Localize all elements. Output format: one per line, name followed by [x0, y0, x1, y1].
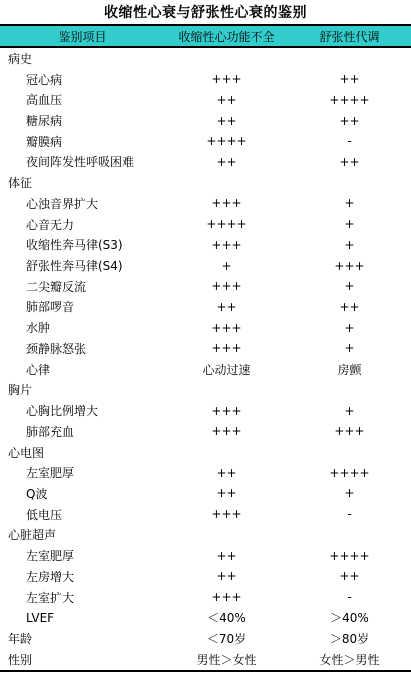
- row-label: 颈静脉怒张: [0, 340, 165, 357]
- table-row: 年龄 ＜70岁 ＞80岁: [0, 628, 411, 649]
- row-label: 高血压: [0, 91, 165, 108]
- row-value-systolic: ++: [165, 155, 288, 169]
- row-value-diastolic: -: [288, 507, 411, 521]
- table-row: 水肿 +++ +: [0, 317, 411, 338]
- row-value-systolic: +++: [165, 321, 288, 335]
- row-value-systolic: +++: [165, 404, 288, 418]
- row-value-diastolic: ++: [288, 569, 411, 583]
- row-label: 左房增大: [0, 568, 165, 585]
- row-value-diastolic: ++++: [288, 549, 411, 563]
- row-value-systolic: ++: [165, 486, 288, 500]
- row-label: 左室扩大: [0, 589, 165, 606]
- row-value-diastolic: +: [288, 217, 411, 231]
- row-value-systolic: ++: [165, 466, 288, 480]
- table-row: 舒张性奔马律(S4) + +++: [0, 255, 411, 276]
- row-value-diastolic: +++: [288, 259, 411, 273]
- row-value-systolic: 男性＞女性: [165, 651, 288, 668]
- row-label: 糖尿病: [0, 112, 165, 129]
- row-value-systolic: 心动过速: [165, 361, 288, 378]
- table-body: 病史 冠心病 +++ ++ 高血压 ++ ++++ 糖尿病 ++ ++ 瓣膜病 …: [0, 48, 411, 672]
- row-value-systolic: +++: [165, 341, 288, 355]
- header-cell-diastolic: 舒张性代调: [288, 28, 411, 45]
- document-page: 收缩性心衰与舒张性心衰的鉴别 鉴别项目 收缩性心功能不全 舒张性代调 病史 冠心…: [0, 0, 411, 675]
- table-row: 心音无力 ++++ +: [0, 214, 411, 235]
- row-value-diastolic: +: [288, 279, 411, 293]
- header-cell-item: 鉴别项目: [0, 28, 165, 45]
- row-value-diastolic: +: [288, 321, 411, 335]
- table-row: 心律 心动过速 房颤: [0, 359, 411, 380]
- table-row: 胸片: [0, 380, 411, 401]
- row-value-diastolic: ＞40%: [288, 609, 411, 626]
- table-row: 瓣膜病 ++++ -: [0, 131, 411, 152]
- table-row: 低电压 +++ -: [0, 504, 411, 525]
- row-value-diastolic: ++: [288, 155, 411, 169]
- table-row: 左室肥厚 ++ ++++: [0, 462, 411, 483]
- row-value-diastolic: -: [288, 590, 411, 604]
- row-label: 心律: [0, 361, 165, 378]
- row-value-diastolic: +: [288, 486, 411, 500]
- row-value-diastolic: ++: [288, 300, 411, 314]
- row-value-systolic: +++: [165, 238, 288, 252]
- row-value-systolic: ＜70岁: [165, 630, 288, 647]
- row-label: 体征: [0, 174, 165, 191]
- row-value-diastolic: 房颤: [288, 361, 411, 378]
- row-label: 水肿: [0, 319, 165, 336]
- header-cell-systolic: 收缩性心功能不全: [165, 28, 288, 45]
- row-value-systolic: ++: [165, 300, 288, 314]
- table-title: 收缩性心衰与舒张性心衰的鉴别: [0, 0, 411, 24]
- row-label: 夜间阵发性呼吸困难: [0, 153, 165, 170]
- row-label: 病史: [0, 50, 165, 67]
- table-row: 左室扩大 +++ -: [0, 587, 411, 608]
- row-value-systolic: +++: [165, 424, 288, 438]
- row-label: 性别: [0, 651, 165, 668]
- table-row: 左室肥厚 ++ ++++: [0, 545, 411, 566]
- table-row: 高血压 ++ ++++: [0, 89, 411, 110]
- table-row: 性别 男性＞女性 女性＞男性: [0, 649, 411, 670]
- row-value-systolic: +++: [165, 507, 288, 521]
- row-label: 瓣膜病: [0, 133, 165, 150]
- table-row: 糖尿病 ++ ++: [0, 110, 411, 131]
- row-label: 收缩性奔马律(S3): [0, 236, 165, 253]
- row-label: 心脏超声: [0, 526, 165, 543]
- row-value-diastolic: -: [288, 134, 411, 148]
- table-row: 病史: [0, 48, 411, 69]
- table-row: 心胸比例增大 +++ +: [0, 400, 411, 421]
- row-label: 心电图: [0, 444, 165, 461]
- row-label: LVEF: [0, 611, 165, 625]
- row-value-systolic: +: [165, 259, 288, 273]
- row-value-diastolic: ++++: [288, 466, 411, 480]
- row-label: 胸片: [0, 381, 165, 398]
- row-value-diastolic: ＞80岁: [288, 630, 411, 647]
- row-value-diastolic: +++: [288, 424, 411, 438]
- row-label: 左室肥厚: [0, 464, 165, 481]
- row-value-systolic: ＜40%: [165, 609, 288, 626]
- row-value-systolic: ++: [165, 569, 288, 583]
- row-label: 心音无力: [0, 216, 165, 233]
- row-label: Q波: [0, 485, 165, 502]
- row-value-systolic: +++: [165, 72, 288, 86]
- row-value-diastolic: +: [288, 196, 411, 210]
- row-value-systolic: +++: [165, 279, 288, 293]
- row-value-systolic: +++: [165, 196, 288, 210]
- row-value-systolic: ++: [165, 93, 288, 107]
- table-row: 心浊音界扩大 +++ +: [0, 193, 411, 214]
- row-value-systolic: ++++: [165, 217, 288, 231]
- row-value-diastolic: 女性＞男性: [288, 651, 411, 668]
- row-label: 年龄: [0, 630, 165, 647]
- row-label: 二尖瓣反流: [0, 278, 165, 295]
- table-row: Q波 ++ +: [0, 483, 411, 504]
- row-value-diastolic: ++: [288, 114, 411, 128]
- table-row: 体征: [0, 172, 411, 193]
- table-row: 肺部啰音 ++ ++: [0, 297, 411, 318]
- table-header-row: 鉴别项目 收缩性心功能不全 舒张性代调: [0, 24, 411, 48]
- row-value-systolic: ++: [165, 549, 288, 563]
- table-row: 颈静脉怒张 +++ +: [0, 338, 411, 359]
- row-label: 肺部充血: [0, 423, 165, 440]
- row-label: 心浊音界扩大: [0, 195, 165, 212]
- row-value-diastolic: +: [288, 341, 411, 355]
- table-row: 夜间阵发性呼吸困难 ++ ++: [0, 152, 411, 173]
- table-row: 心脏超声: [0, 525, 411, 546]
- row-value-systolic: ++: [165, 114, 288, 128]
- table-row: 心电图: [0, 442, 411, 463]
- row-value-diastolic: +: [288, 238, 411, 252]
- table-row: 收缩性奔马律(S3) +++ +: [0, 234, 411, 255]
- table-row: 肺部充血 +++ +++: [0, 421, 411, 442]
- row-label: 舒张性奔马律(S4): [0, 257, 165, 274]
- row-label: 肺部啰音: [0, 298, 165, 315]
- row-label: 左室肥厚: [0, 547, 165, 564]
- table-row: LVEF ＜40% ＞40%: [0, 607, 411, 628]
- row-value-diastolic: +: [288, 404, 411, 418]
- table-row: 冠心病 +++ ++: [0, 69, 411, 90]
- table-row: 二尖瓣反流 +++ +: [0, 276, 411, 297]
- row-label: 心胸比例增大: [0, 402, 165, 419]
- row-value-systolic: ++++: [165, 134, 288, 148]
- row-value-systolic: +++: [165, 590, 288, 604]
- table-row: 左房增大 ++ ++: [0, 566, 411, 587]
- row-label: 冠心病: [0, 71, 165, 88]
- row-value-diastolic: ++: [288, 72, 411, 86]
- row-value-diastolic: ++++: [288, 93, 411, 107]
- row-label: 低电压: [0, 506, 165, 523]
